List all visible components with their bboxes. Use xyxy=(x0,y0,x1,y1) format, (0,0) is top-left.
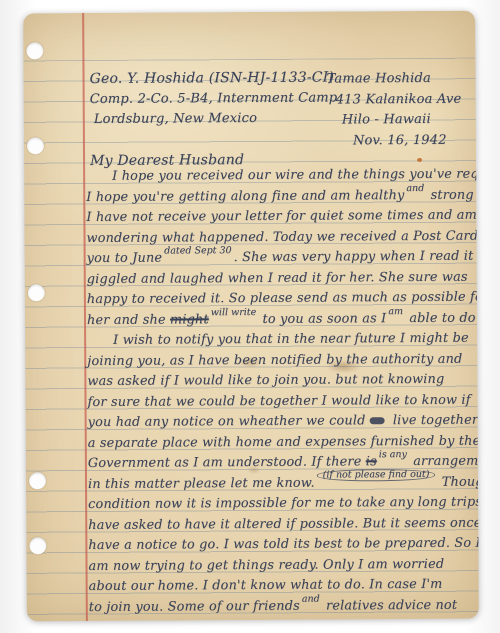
line-text: strong as ever. xyxy=(426,187,479,203)
letter-line: about our home. I don't know what to do.… xyxy=(89,575,479,598)
letter-line: have asked to have it altered if possibl… xyxy=(88,513,479,536)
line-text: you to June xyxy=(87,251,163,266)
line-text: you had any notice on wheather we could xyxy=(88,413,366,430)
sender-address-block: Geo. Y. Hoshida (ISN-HJ-1133-CI) Comp. 2… xyxy=(89,67,337,130)
line-text: have a notice to go. I was told its best… xyxy=(88,536,478,553)
letter-line: you to Junedated Sept 30. She was very h… xyxy=(87,247,479,270)
inserted-text: and xyxy=(302,594,320,604)
recipient-street-line: 413 Kalanikoa Ave xyxy=(336,89,462,110)
inserted-text: and xyxy=(406,183,424,193)
line-text: giggled and laughed when I read it for h… xyxy=(87,269,468,286)
sender-camp-line: Comp. 2-Co. 5-B4, Internment Camp xyxy=(90,88,338,110)
line-text: happy to received it. So please send as … xyxy=(87,290,479,307)
line-text: a separate place with home and expenses … xyxy=(88,433,479,450)
line-text: Though at present in my xyxy=(437,473,478,489)
letter-page: Geo. Y. Hoshida (ISN-HJ-1133-CI) Comp. 2… xyxy=(23,11,479,622)
line-text: to join you. Some of our friends xyxy=(89,598,300,614)
scan-background: Geo. Y. Hoshida (ISN-HJ-1133-CI) Comp. 2… xyxy=(0,0,500,633)
letter-line: in this matter please let me know.(if no… xyxy=(88,472,479,495)
punch-hole xyxy=(29,537,46,554)
punch-hole xyxy=(27,284,44,301)
line-text: wondering what happened. Today we receiv… xyxy=(86,228,478,246)
line-text: arrangements made xyxy=(409,453,479,469)
letter-line: joining you, as I have been notified by … xyxy=(87,349,479,372)
letter-line: wondering what happened. Today we receiv… xyxy=(86,226,478,249)
line-text: to you as soon as I xyxy=(258,311,386,327)
letter-line: for sure that we could be together I wou… xyxy=(87,390,478,413)
line-text: am now trying to get things ready. Only … xyxy=(88,556,444,573)
letter-line: to join you. Some of our friendsand rela… xyxy=(89,595,479,618)
line-text: I have not receive your letter for quiet… xyxy=(86,208,477,225)
line-text: was asked if I would like to join you. b… xyxy=(87,372,444,389)
letter-line: am now trying to get things ready. Only … xyxy=(88,554,478,577)
line-text: her and she xyxy=(87,312,170,328)
letter-line: you had any notice on wheather we could … xyxy=(88,411,479,434)
letter-line: I hope you're getting along fine and am … xyxy=(86,185,478,208)
line-text: joining you, as I have been notified by … xyxy=(87,351,462,368)
punch-hole xyxy=(28,472,45,489)
letter-line: a separate place with home and expenses … xyxy=(88,431,479,454)
line-text: I hope you're getting along fine and am … xyxy=(86,188,404,205)
ink-stain xyxy=(417,158,422,162)
line-text: I hope you received our wire and the thi… xyxy=(112,166,479,184)
recipient-address-block: Tamae Hoshida 413 Kalanikoa Ave Hilo - H… xyxy=(326,69,461,152)
letter-line: have a notice to go. I was told its best… xyxy=(88,534,479,557)
line-text: Government as I am understood. If there xyxy=(88,454,366,471)
line-text: about our home. I don't know what to do.… xyxy=(89,577,443,594)
letter-body: I hope you received our wire and the thi… xyxy=(86,165,479,618)
recipient-city-line: Hilo - Hawaii xyxy=(342,110,462,131)
inserted-text: is any xyxy=(379,450,407,460)
circled-insertion: (if not please find out) xyxy=(317,468,436,481)
struck-word: might xyxy=(170,312,209,327)
punch-hole xyxy=(26,137,43,154)
letter-line: I have not receive your letter for quiet… xyxy=(86,206,478,229)
scribbled-out-word xyxy=(370,417,385,424)
letter-line: happy to received it. So please send as … xyxy=(87,288,479,311)
inserted-text: am xyxy=(388,307,403,317)
punch-hole xyxy=(26,42,43,59)
line-text: . She was very happy when I read it for … xyxy=(234,248,479,265)
line-text: for sure that we could be together I wou… xyxy=(87,392,470,409)
letter-line: condition now it is impossible for me to… xyxy=(88,493,479,516)
line-text: have asked to have it altered if possibl… xyxy=(88,515,479,533)
line-text: live together in xyxy=(388,413,478,429)
line-text: relatives advice not xyxy=(322,597,457,613)
letter-date: Nov. 16, 1942 xyxy=(353,130,462,151)
letter-line: her and she mightwill write to you as so… xyxy=(87,308,479,331)
letter-line: giggled and laughed when I read it for h… xyxy=(87,267,479,290)
inserted-text: will write xyxy=(211,307,256,317)
sender-location-line: Lordsburg, New Mexico xyxy=(94,108,338,130)
sender-name-line: Geo. Y. Hoshida (ISN-HJ-1133-CI) xyxy=(89,67,337,89)
line-text: able to do things. xyxy=(405,310,479,326)
line-text: in this matter please let me know. xyxy=(88,475,315,491)
inserted-text: dated Sept 30 xyxy=(164,246,231,256)
struck-word: is xyxy=(366,454,377,469)
letter-line: I wish to notify you that in the near fu… xyxy=(87,329,479,352)
recipient-name-line: Tamae Hoshida xyxy=(326,69,461,90)
line-text: condition now it is impossible for me to… xyxy=(88,494,479,512)
line-text: I wish to notify you that in the near fu… xyxy=(113,331,469,348)
letter-line: was asked if I would like to join you. b… xyxy=(87,370,479,393)
